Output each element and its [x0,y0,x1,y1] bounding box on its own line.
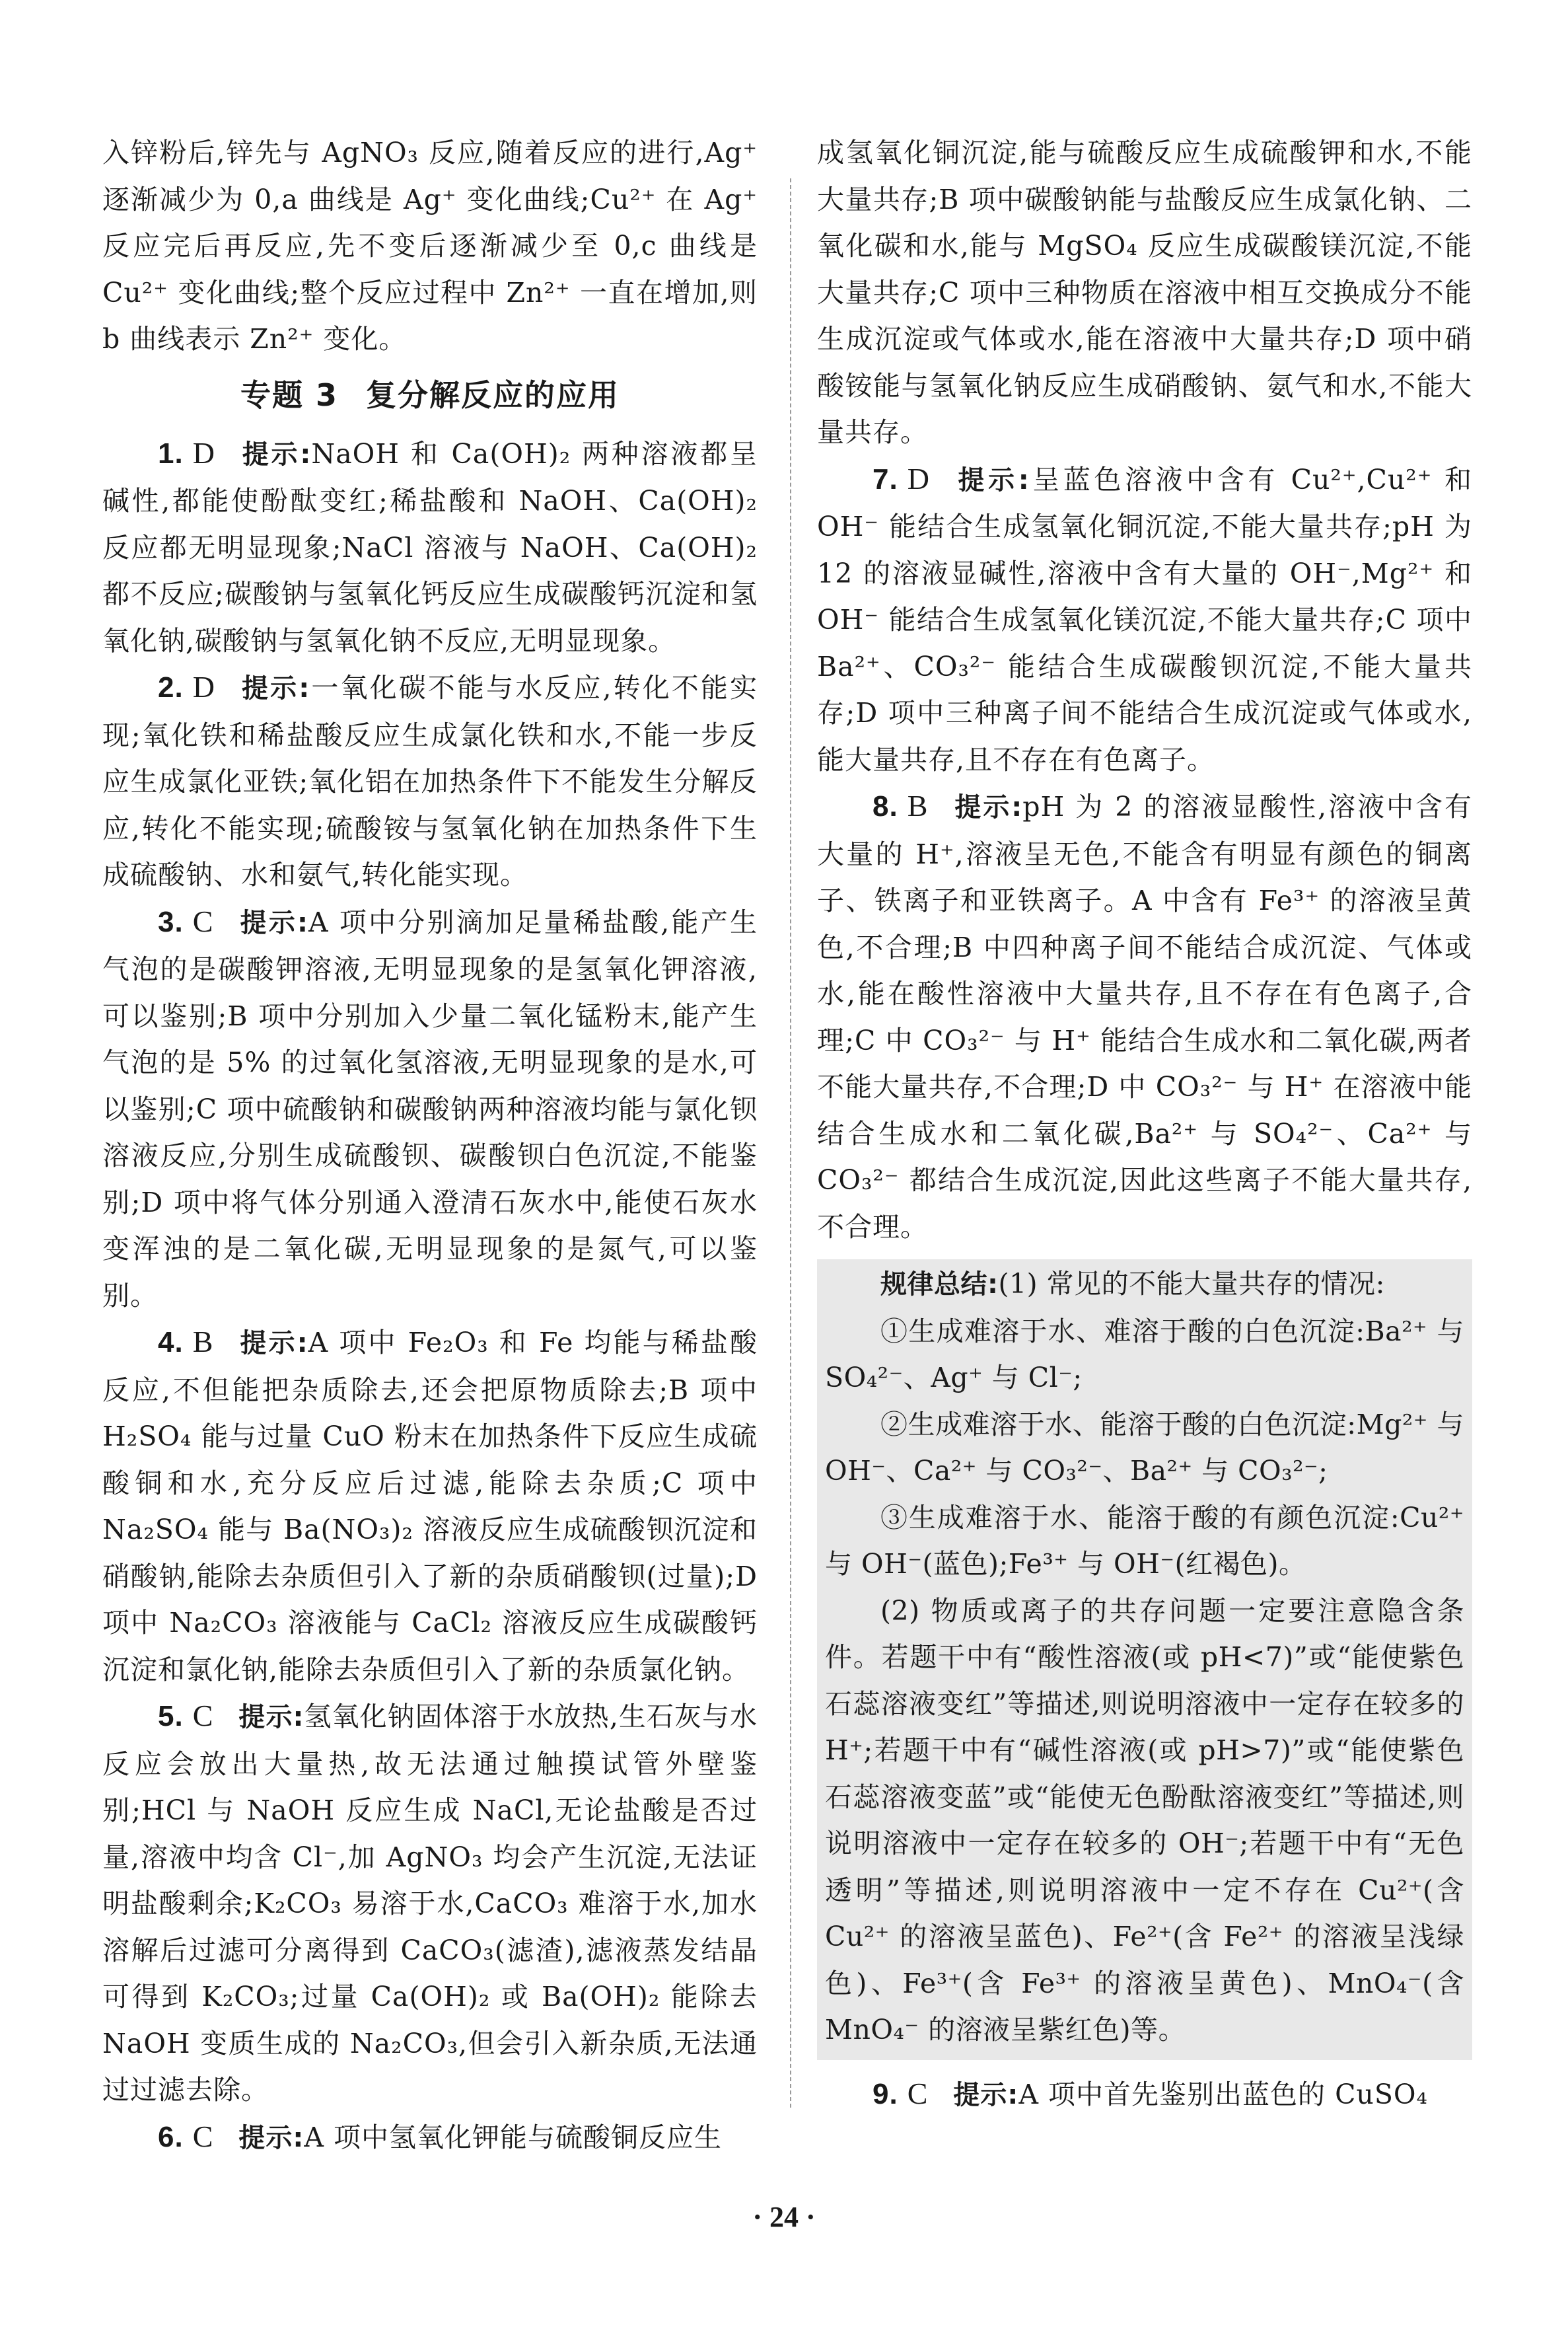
summary-item-1: ①生成难溶于水、难溶于酸的白色沉淀:Ba²⁺ 与 SO₄²⁻、Ag⁺ 与 Cl⁻… [825,1308,1464,1401]
summary-item-3: ③生成难溶于水、能溶于酸的有颜色沉淀:Cu²⁺ 与 OH⁻(蓝色);Fe³⁺ 与… [825,1495,1464,1588]
summary-intro: 规律总结:(1) 常见的不能大量共存的情况: [825,1261,1464,1308]
right-column: 成氢氧化铜沉淀,能与硫酸反应生成硫酸钾和水,不能大量共存;B 项中碳酸钠能与盐酸… [817,129,1472,2118]
answer-letter: D [908,462,930,496]
answer-item-8: 8.B提示:pH 为 2 的溶液显酸性,溶液中含有大量的 H⁺,溶液呈无色,不能… [817,783,1472,1250]
column-divider [790,178,791,2108]
section-title-text: 复分解反应的应用 [366,377,620,413]
answer-item-5: 5.C提示:氢氧化钠固体溶于水放热,生石灰与水反应会放出大量热,故无法通过触摸试… [102,1693,758,2114]
hint-label: 提示: [238,1328,308,1358]
question-number: 8. [873,790,898,823]
hint-text: 氢氧化钠固体溶于水放热,生石灰与水反应会放出大量热,故无法通过触摸试管外壁鉴别;… [102,1701,758,2106]
answer-item-6: 6.C提示:A 项中氢氧化钾能与硫酸铜反应生 [102,2114,758,2162]
question-number: 2. [158,671,184,704]
question-number: 5. [158,1700,184,1732]
hint-text: 一氧化碳不能与水反应,转化不能实现;氧化铁和稀盐酸反应生成氯化铁和水,不能一步反… [102,672,758,891]
answer-item-7: 7.D提示:呈蓝色溶液中含有 Cu²⁺,Cu²⁺ 和 OH⁻ 能结合生成氢氧化铜… [817,456,1472,784]
hint-label: 提示: [238,2123,304,2153]
answer-item-1: 1.D提示:NaOH 和 Ca(OH)₂ 两种溶液都呈碱性,都能使酚酞变红;稀盐… [102,430,758,665]
left-column: 入锌粉后,锌先与 AgNO₃ 反应,随着反应的进行,Ag⁺ 逐渐减少为 0,a … [102,129,758,2161]
hint-text: NaOH 和 Ca(OH)₂ 两种溶液都呈碱性,都能使酚酞变红;稀盐酸和 NaO… [102,438,758,657]
question-number: 3. [158,906,184,938]
answer-letter: C [193,1699,214,1732]
hint-label: 提示: [953,2080,1018,2110]
hint-text: 呈蓝色溶液中含有 Cu²⁺,Cu²⁺ 和 OH⁻ 能结合生成氢氧化铜沉淀,不能大… [817,464,1472,776]
hint-label: 提示: [955,465,1030,496]
answer-letter: C [908,2077,929,2110]
continuation-paragraph: 入锌粉后,锌先与 AgNO₃ 反应,随着反应的进行,Ag⁺ 逐渐减少为 0,a … [102,129,758,363]
question-number: 7. [873,463,898,496]
hint-label: 提示: [240,439,311,470]
question-number: 4. [158,1326,184,1358]
hint-text: A 项中首先鉴别出蓝色的 CuSO₄ [1018,2079,1428,2110]
page-number: · 24 · [0,2200,1568,2234]
question-number: 1. [158,437,184,470]
summary-box: 规律总结:(1) 常见的不能大量共存的情况: ①生成难溶于水、难溶于酸的白色沉淀… [817,1259,1472,2060]
answer-item-4: 4.B提示:A 项中 Fe₂O₃ 和 Fe 均能与稀盐酸反应,不但能把杂质除去,… [102,1319,758,1693]
summary-lead-label: 规律总结: [880,1269,999,1300]
summary-note: (2) 物质或离子的共存问题一定要注意隐含条件。若题干中有“酸性溶液(或 pH<… [825,1588,1464,2053]
hint-label: 提示: [953,792,1022,823]
answer-letter: B [908,789,929,823]
hint-text: pH 为 2 的溶液显酸性,溶液中含有大量的 H⁺,溶液呈无色,不能含有明显有颜… [817,791,1472,1243]
summary-item-2: ②生成难溶于水、能溶于酸的白色沉淀:Mg²⁺ 与 OH⁻、Ca²⁺ 与 CO₃²… [825,1401,1464,1495]
question-number: 9. [873,2078,898,2110]
hint-label: 提示: [240,673,310,704]
hint-text: A 项中氢氧化钾能与硫酸铜反应生 [304,2122,722,2153]
continuation-paragraph: 成氢氧化铜沉淀,能与硫酸反应生成硫酸钾和水,不能大量共存;B 项中碳酸钠能与盐酸… [817,129,1472,456]
answer-letter: C [193,904,214,938]
answer-item-3: 3.C提示:A 项中分别滴加足量稀盐酸,能产生气泡的是碳酸钾溶液,无明显现象的是… [102,899,758,1319]
question-number: 6. [158,2121,184,2153]
hint-text: A 项中 Fe₂O₃ 和 Fe 均能与稀盐酸反应,不但能把杂质除去,还会把原物质… [102,1327,758,1685]
section-title-label: 专题 3 [240,377,338,413]
hint-label: 提示: [238,1702,304,1732]
hint-text: A 项中分别滴加足量稀盐酸,能产生气泡的是碳酸钾溶液,无明显现象的是氢氧化钾溶液… [102,906,758,1311]
answer-item-2: 2.D提示:一氧化碳不能与水反应,转化不能实现;氧化铁和稀盐酸反应生成氯化铁和水… [102,664,758,899]
answer-letter: C [193,2120,214,2153]
section-title: 专题 3复分解反应的应用 [102,372,758,418]
summary-intro-text: (1) 常见的不能大量共存的情况: [999,1268,1385,1300]
answer-letter: D [193,436,215,470]
hint-label: 提示: [238,908,308,938]
answer-item-9: 9.C提示:A 项中首先鉴别出蓝色的 CuSO₄ [817,2071,1472,2119]
answer-letter: B [193,1325,214,1358]
answer-letter: D [193,670,215,704]
